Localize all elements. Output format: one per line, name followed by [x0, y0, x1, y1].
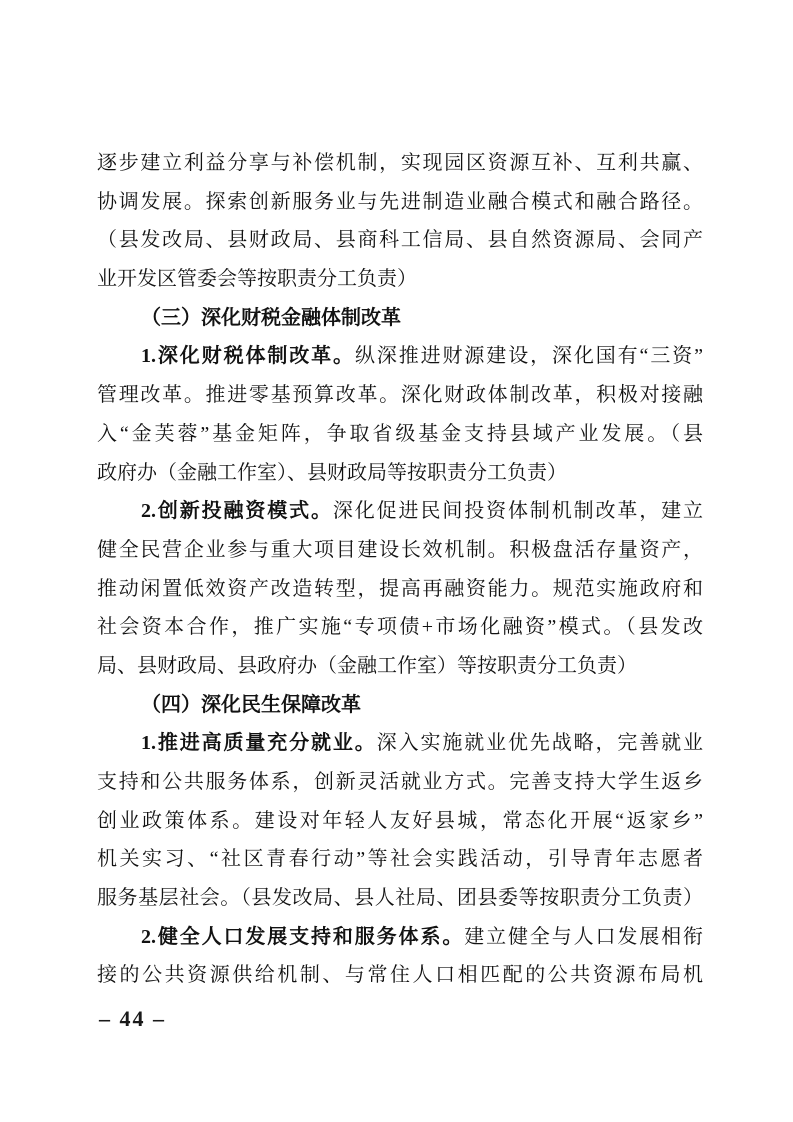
paragraph-text: 深化促进民间投资体制机制改革，建立	[333, 500, 703, 522]
paragraph-fiscal-tax-reform: 1.深化财税体制改革。纵深推进财源建设，深化国有“三资” 管理改革。推进零基预算…	[97, 337, 703, 492]
text-line: 局、县财政局、县政府办（金融工作室）等按职责分工负责）	[97, 647, 703, 686]
text-line: 机关实习、“社区青春行动”等社会实践活动，引导青年志愿者	[97, 840, 703, 879]
paragraph-lead: 1.推进高质量充分就业。	[141, 732, 377, 754]
paragraph-lead: 2.创新投融资模式。	[141, 500, 333, 522]
text-line: 创业政策体系。建设对年轻人友好县城，常态化开展“返家乡”	[97, 802, 703, 841]
paragraph-lead: 1.深化财税体制改革。	[141, 345, 355, 367]
text-line: 2.健全人口发展支持和服务体系。建立健全与人口发展相衔	[97, 918, 703, 957]
text-line: 逐步建立利益分享与补偿机制，实现园区资源互补、互利共赢、	[97, 144, 703, 183]
paragraph-industry-cooperation: 逐步建立利益分享与补偿机制，实现园区资源互补、互利共赢、 协调发展。探索创新服务…	[97, 144, 703, 299]
paragraph-population-services: 2.健全人口发展支持和服务体系。建立健全与人口发展相衔 接的公共资源供给机制、与…	[97, 918, 703, 995]
text-line: 1.推进高质量充分就业。深入实施就业优先战略，完善就业	[97, 724, 703, 763]
paragraph-text: 建立健全与人口发展相衔	[464, 926, 703, 948]
paragraph-text: 纵深推进财源建设，深化国有“三资”	[355, 345, 703, 367]
section-heading-4: （四）深化民生保障改革	[97, 686, 703, 725]
page-number: – 44 –	[99, 1006, 166, 1032]
document-page: 逐步建立利益分享与补偿机制，实现园区资源互补、互利共赢、 协调发展。探索创新服务…	[0, 0, 793, 1122]
text-line: 管理改革。推进零基预算改革。深化财政体制改革，积极对接融	[97, 376, 703, 415]
text-line: 服务基层社会。（县发改局、县人社局、团县委等按职责分工负责）	[97, 879, 703, 918]
text-line: 社会资本合作，推广实施“专项债+市场化融资”模式。（县发改	[97, 608, 703, 647]
text-line: 接的公共资源供给机制、与常住人口相匹配的公共资源布局机	[97, 956, 703, 995]
text-line: 入“金芙蓉”基金矩阵，争取省级基金支持县域产业发展。（县	[97, 415, 703, 454]
text-column: 逐步建立利益分享与补偿机制，实现园区资源互补、互利共赢、 协调发展。探索创新服务…	[97, 144, 703, 995]
paragraph-investment-financing: 2.创新投融资模式。深化促进民间投资体制机制改革，建立 健全民营企业参与重大项目…	[97, 492, 703, 685]
text-line: 推动闲置低效资产改造转型，提高再融资能力。规范实施政府和	[97, 570, 703, 609]
paragraph-lead: 2.健全人口发展支持和服务体系。	[141, 926, 464, 948]
text-line: 健全民营企业参与重大项目建设长效机制。积极盘活存量资产，	[97, 531, 703, 570]
text-line: 协调发展。探索创新服务业与先进制造业融合模式和融合路径。	[97, 183, 703, 222]
text-line: 业开发区管委会等按职责分工负责）	[97, 260, 703, 299]
paragraph-employment: 1.推进高质量充分就业。深入实施就业优先战略，完善就业 支持和公共服务体系，创新…	[97, 724, 703, 917]
text-line: （县发改局、县财政局、县商科工信局、县自然资源局、会同产	[97, 221, 703, 260]
text-line: 政府办（金融工作室）、县财政局等按职责分工负责）	[97, 454, 703, 493]
text-line: 1.深化财税体制改革。纵深推进财源建设，深化国有“三资”	[97, 337, 703, 376]
paragraph-text: 深入实施就业优先战略，完善就业	[377, 732, 703, 754]
text-line: 2.创新投融资模式。深化促进民间投资体制机制改革，建立	[97, 492, 703, 531]
text-line: 支持和公共服务体系，创新灵活就业方式。完善支持大学生返乡	[97, 763, 703, 802]
section-heading-3: （三）深化财税金融体制改革	[97, 299, 703, 338]
